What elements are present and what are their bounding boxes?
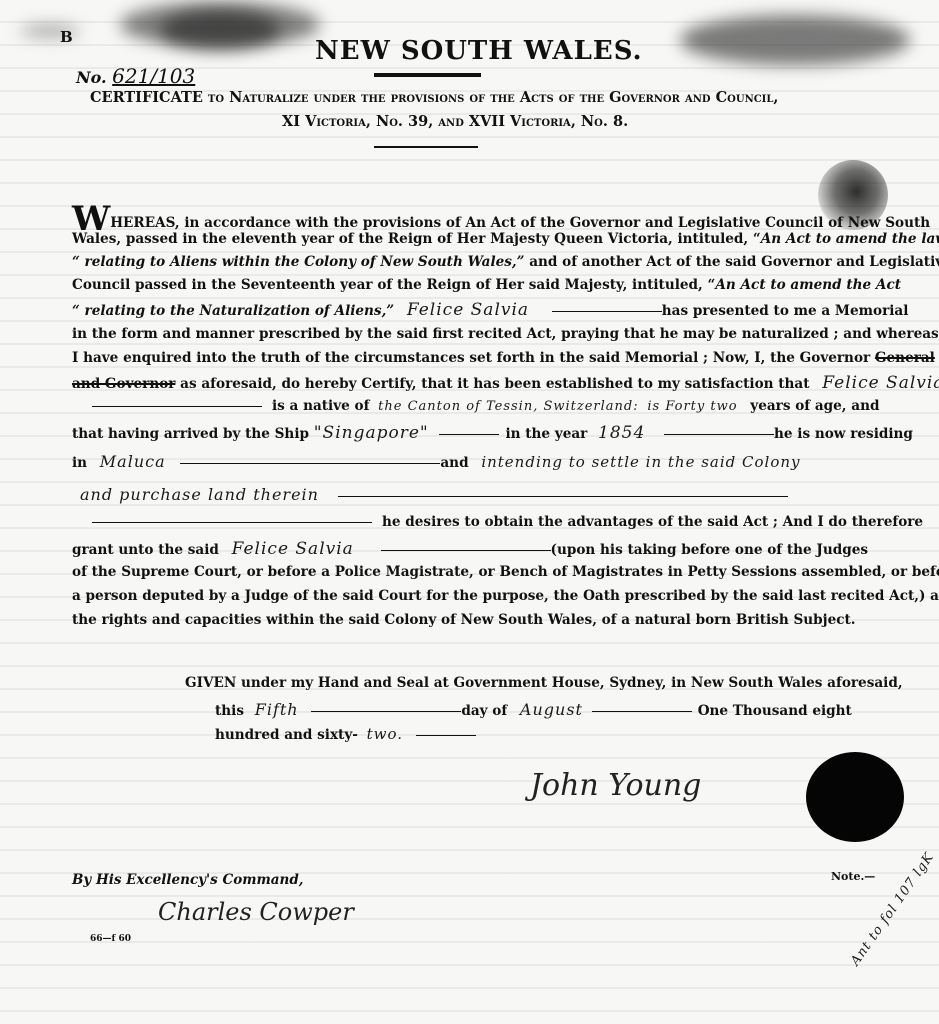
body-line-17: the rights and capacities within the sai… — [72, 614, 856, 628]
applicant-name: Felice Salvia — [407, 300, 529, 320]
blank-line — [180, 463, 440, 464]
ink-smudge — [680, 15, 910, 65]
residence: Maluca — [100, 452, 166, 471]
command-line: By His Excellency's Command, — [72, 872, 303, 888]
body-line-16: a person deputed by a Judge of the said … — [72, 590, 939, 604]
arrival-year: 1854 — [598, 423, 645, 443]
body-line-10: that having arrived by the Ship "Singapo… — [72, 425, 913, 442]
body-line-9: is a native of the Canton of Tessin, Swi… — [72, 400, 879, 414]
title-rule — [374, 73, 481, 77]
month: August — [520, 700, 583, 719]
blank-line — [92, 406, 262, 407]
year-suffix: two. — [367, 725, 403, 743]
body-line-7: I have enquired into the truth of the ci… — [72, 352, 935, 366]
body-line-6: in the form and manner prescribed by the… — [72, 328, 939, 342]
body-line-3: “ relating to Aliens within the Colony o… — [72, 256, 939, 270]
body-line-14: grant unto the said Felice Salvia (upon … — [72, 541, 868, 558]
governor-signature: John Young — [530, 768, 701, 803]
blank-line — [311, 711, 461, 712]
blank-line — [92, 522, 372, 523]
body-line-11: in Maluca and intending to settle in the… — [72, 454, 801, 471]
form-code: 66—f 60 — [90, 934, 131, 944]
grantee-name: Felice Salvia — [232, 539, 354, 559]
subtitle-rule — [374, 146, 478, 148]
blank-line — [416, 735, 476, 736]
age: is Forty two — [647, 399, 737, 414]
corner-mark: B — [60, 28, 73, 46]
wax-seal — [806, 752, 904, 842]
given-line-3: hundred and sixty- two. — [215, 727, 476, 743]
acts-reference: XI Victoria, No. 39, and XVII Victoria, … — [282, 113, 628, 130]
body-line-8: and Governor as aforesaid, do hereby Cer… — [72, 375, 939, 392]
blank-line — [338, 496, 788, 497]
given-line-2: this Fifth day of August One Thousand ei… — [215, 702, 852, 719]
day: Fifth — [255, 700, 299, 719]
given-line-1: GIVEN under my Hand and Seal at Governme… — [185, 677, 903, 691]
note-label: Note.— — [831, 870, 875, 883]
body-line-2: Wales, passed in the eleventh year of th… — [72, 233, 939, 247]
blank-line — [381, 550, 551, 551]
ship-name: "Singapore" — [314, 423, 429, 443]
certificate-page: B No. 621/103 NEW SOUTH WALES. CERTIFICA… — [0, 0, 939, 1024]
native-of: the Canton of Tessin, Switzerland: — [378, 399, 638, 414]
ink-smudge — [160, 10, 280, 50]
certificate-subtitle: CERTIFICATE to Naturalize under the prov… — [90, 89, 778, 106]
blank-line — [592, 711, 692, 712]
body-line-12: and purchase land therein — [80, 487, 788, 504]
secretary-signature: Charles Cowper — [158, 898, 354, 926]
number-value: 621/103 — [112, 64, 195, 88]
blank-line — [439, 434, 499, 435]
body-line-13: he desires to obtain the advantages of t… — [72, 516, 923, 530]
body-line-15: of the Supreme Court, or before a Police… — [72, 566, 939, 580]
body-line-4: Council passed in the Seventeenth year o… — [72, 279, 901, 293]
blank-line — [664, 434, 774, 435]
certificate-number: No. 621/103 — [76, 64, 195, 88]
body-line-5: “ relating to the Naturalization of Alie… — [72, 302, 908, 319]
margin-annotation: Ant to fol 107 lgK — [848, 850, 937, 969]
intention-line-1: intending to settle in the said Colony — [481, 453, 800, 471]
blank-line — [552, 311, 662, 312]
page-title: NEW SOUTH WALES. — [315, 36, 643, 66]
intention-line-2: and purchase land therein — [80, 485, 319, 504]
number-label: No. — [76, 68, 107, 87]
applicant-name-repeat: Felice Salvia — [822, 373, 939, 393]
